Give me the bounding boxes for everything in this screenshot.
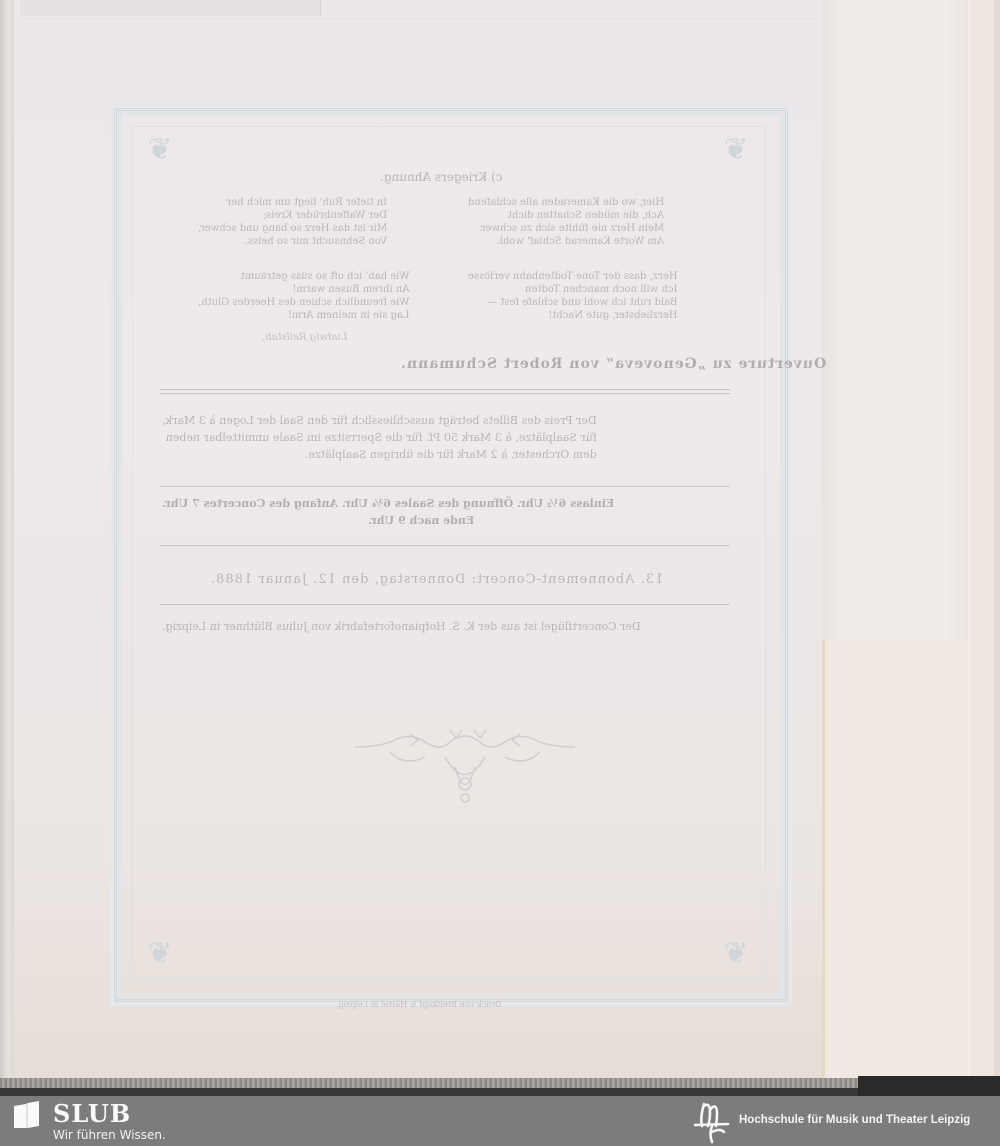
double-rule bbox=[160, 389, 730, 394]
poem-line: Ich will noch manchen Todten bbox=[468, 283, 677, 296]
hmt-monogram-icon[interactable] bbox=[692, 1098, 732, 1144]
overture-line: Ouverture zu „Genoveva“ von Robert Schum… bbox=[400, 356, 826, 372]
scan-dark-corner bbox=[858, 1076, 1000, 1096]
timing-line-1: Einlass 6½ Uhr. Öffnung des Saales 6¾ Uh… bbox=[162, 497, 614, 510]
slub-brand-name[interactable]: SLUB bbox=[53, 1099, 131, 1128]
poem-line: Wie freundlich schien des Heerdes Gluth, bbox=[198, 296, 409, 309]
poem-right-stanza-2: Herz, dass der Tone Todtenbahn verlösse … bbox=[468, 270, 677, 322]
poem-line: Lag sie in meinem Arm! bbox=[198, 309, 409, 322]
ticket-paragraph: Der Preis des Billets beträgt ausschlies… bbox=[162, 412, 597, 463]
poem-right-stanza-1: Hier, wo die Kameraden alle schlafend Ac… bbox=[468, 196, 664, 248]
poem-left-stanza-1: In tiefer Ruh' liegt um mich her Der Waf… bbox=[198, 196, 387, 248]
poem-line: Von Sehnsucht mir so heiss. bbox=[198, 235, 387, 248]
rule bbox=[160, 545, 730, 546]
section-header: c) Kriegers Ahnung. bbox=[380, 170, 502, 184]
page-top-line bbox=[20, 18, 820, 19]
frame-corner-ornament-icon: ❦ bbox=[140, 130, 180, 170]
poem-line: Herz, dass der Tone Todtenbahn verlösse bbox=[468, 270, 677, 283]
rule bbox=[160, 486, 730, 487]
ornamental-frame-inner bbox=[132, 126, 766, 980]
scroll-flourish-ornament-icon bbox=[350, 722, 580, 812]
frame-corner-ornament-icon: ❦ bbox=[140, 934, 180, 974]
book-pages-icon[interactable] bbox=[12, 1100, 42, 1130]
book-cover-edge bbox=[968, 0, 1000, 1080]
book-spine-edge bbox=[0, 0, 14, 1090]
poem-line: Hier, wo die Kameraden alle schlafend bbox=[468, 196, 664, 209]
poem-line: Bald ruht ich wohl und schlafe fest — bbox=[468, 296, 677, 309]
bottom-imprint: Druck von Breitkopf & Härtel in Leipzig. bbox=[336, 1000, 502, 1009]
slub-tagline: Wir führen Wissen. bbox=[53, 1128, 166, 1142]
poem-left-stanza-2: Wie hab' ich oft so süss geträumt An ihr… bbox=[198, 270, 409, 322]
rule bbox=[160, 604, 730, 605]
poem-line: Mir ist das Herz so bang und schwer, bbox=[198, 222, 387, 235]
poem-author: Ludwig Rellstab. bbox=[262, 331, 347, 344]
hmt-institution-name[interactable]: Hochschule für Musik und Theater Leipzig bbox=[739, 1114, 970, 1126]
paragraph-line: dem Orchester, à 2 Mark für die übrigen … bbox=[162, 446, 597, 463]
piano-note: Der Concertflügel ist aus der K. S. Hofp… bbox=[162, 620, 641, 633]
poem-line: An ihrem Busen warm! bbox=[198, 283, 409, 296]
frame-corner-ornament-icon: ❦ bbox=[716, 934, 756, 974]
paragraph-line: für Saalplätze, à 3 Mark 50 Pf. für die … bbox=[162, 429, 597, 446]
poem-line: Am Worte Kamerad Schlaf' wohl. bbox=[468, 235, 664, 248]
next-leaf-lower bbox=[822, 640, 968, 1080]
poem-line: Mein Herz nie fühlte sich zu schwer. bbox=[468, 222, 664, 235]
poem-line: In tiefer Ruh' liegt um mich her bbox=[198, 196, 387, 209]
poem-line: Ach, die müden Schatten dicht bbox=[468, 209, 664, 222]
paragraph-line: Der Preis des Billets beträgt ausschlies… bbox=[162, 412, 597, 429]
page-top-strip bbox=[20, 0, 321, 16]
poem-line: Herzliebster, gute Nacht! bbox=[468, 309, 677, 322]
scan-dark-edge bbox=[0, 1088, 1000, 1096]
poem-line: Wie hab' ich oft so süss geträumt bbox=[198, 270, 409, 283]
frame-corner-ornament-icon: ❦ bbox=[716, 130, 756, 170]
next-concert-line: 13. Abonnement-Concert: Donnerstag, den … bbox=[210, 572, 663, 587]
poem-line: Der Waffenbrüder Kreis; bbox=[198, 209, 387, 222]
timing-line-2: Ende nach 9 Uhr. bbox=[368, 514, 474, 527]
